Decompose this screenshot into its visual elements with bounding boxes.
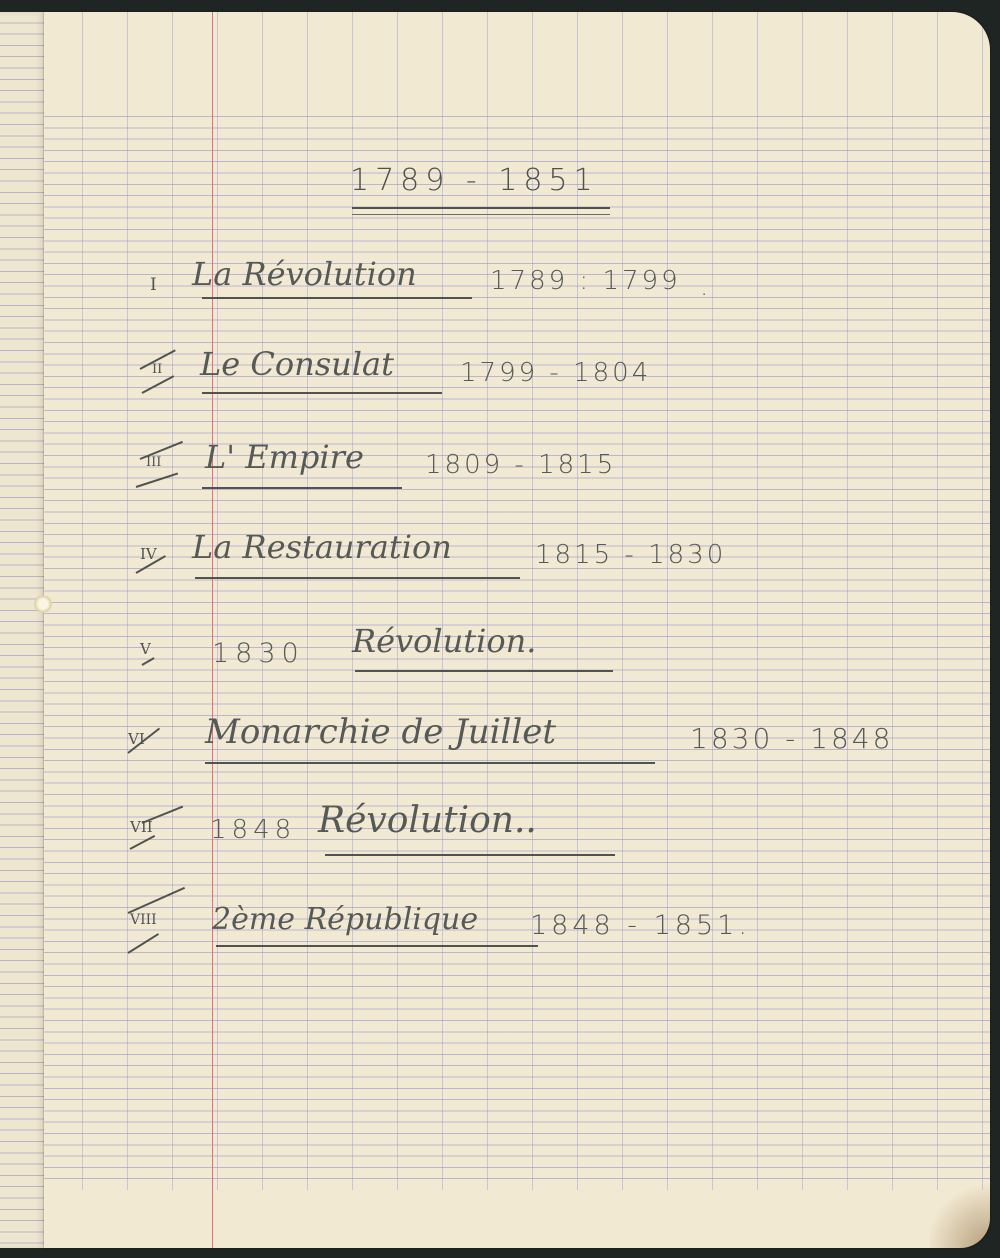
- heading-underline: [202, 487, 402, 489]
- entry-dates: 1848 - 1851.: [530, 910, 751, 941]
- entry-heading: Le Consulat: [200, 345, 394, 383]
- entry-dates: 1809 - 1815: [425, 450, 616, 480]
- entry-heading: Révolution..: [318, 800, 537, 841]
- entry-heading: Monarchie de Juillet: [205, 712, 556, 752]
- heading-underline: [216, 945, 538, 947]
- entry-numeral: VIII: [130, 912, 157, 928]
- heading-underline: [205, 762, 655, 764]
- entry-dates: 1799 - 1804: [460, 358, 651, 388]
- entry-numeral: III: [146, 455, 161, 470]
- entry-numeral: I: [150, 275, 157, 295]
- entry-suffix: .: [700, 272, 711, 302]
- title-double-underline: [352, 207, 610, 215]
- heading-underline: [195, 577, 520, 579]
- heading-underline: [355, 670, 613, 672]
- page-title: 1789 - 1851: [350, 163, 599, 198]
- entry-prefix-date: 1848: [210, 815, 296, 845]
- entry-numeral: VII: [130, 818, 153, 836]
- entry-heading: La Restauration: [192, 528, 452, 566]
- entry-heading: L' Empire: [205, 438, 364, 476]
- entry-dates: 1830 - 1848: [690, 722, 893, 755]
- entry-numeral: II: [152, 362, 162, 377]
- entry-heading: Révolution.: [352, 622, 536, 660]
- heading-underline: [202, 392, 442, 394]
- entry-prefix-date: 1830: [212, 638, 305, 669]
- heading-underline: [202, 297, 472, 299]
- entry-dates: 1789 : 1799: [490, 266, 681, 296]
- entry-dates: 1815 - 1830: [535, 540, 726, 570]
- facing-page-edge: [0, 12, 45, 1248]
- entry-heading: 2ème République: [212, 902, 478, 937]
- binding-staple: [34, 596, 52, 612]
- heading-underline: [325, 854, 615, 856]
- red-margin-line: [212, 12, 213, 1248]
- corner-stain: [930, 1178, 990, 1248]
- entry-numeral: V: [140, 640, 151, 658]
- entry-heading: La Révolution: [192, 255, 417, 293]
